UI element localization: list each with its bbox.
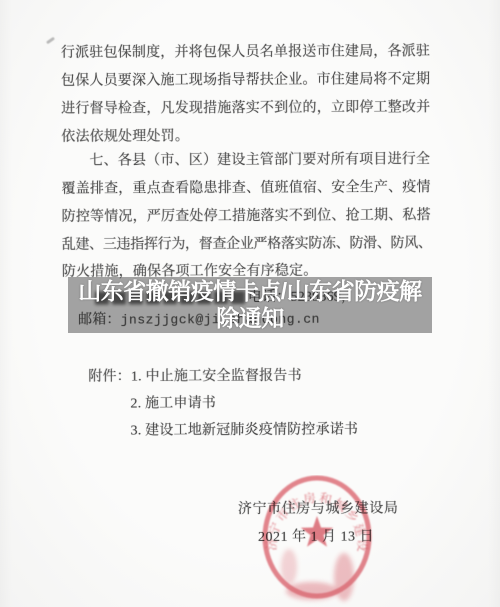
scanned-document-page: 行派驻包保制度，并将包保人员名单报送市住建局，各派驻 包保人员要深入施工现场指导… <box>0 0 500 607</box>
caption-banner-overlay: 山东省撤销疫情卡点/山东省防疫解 除通知 <box>68 277 432 333</box>
seal-text: 济宁市住房和城乡建设局 <box>260 475 369 554</box>
attachments-label: 附件： <box>88 370 131 385</box>
attachment-item: 3. 建设工地新冠肺炎疫情防控承诺书 <box>131 422 359 440</box>
body-line: 乱建、三违指挥行为，督查企业严格落实防冻、防滑、防风、 <box>62 235 432 254</box>
svg-text:济宁市住房和城乡建设局: 济宁市住房和城乡建设局 <box>260 475 369 554</box>
attachment-item: 1. 中止施工安全监督报告书 <box>131 369 302 385</box>
body-line: 防控等情况，严厉查处停工措施落实不到位、抢工期、私搭 <box>62 207 431 226</box>
attachment-item: 2. 施工申请书 <box>130 395 216 412</box>
official-red-seal: 济宁市住房和城乡建设局 <box>260 475 374 607</box>
caption-line-1: 山东省撤销疫情卡点/山东省防疫解 <box>78 278 421 305</box>
seal-star-icon <box>301 516 333 547</box>
body-line: 行派驻包保制度，并将包保人员名单报送市住建局，各派驻 <box>61 43 430 62</box>
attachments-line: 附件：1. 中止施工安全监督报告书 <box>88 368 301 386</box>
caption-line-2: 除通知 <box>216 305 284 332</box>
body-line: 七、各县（市、区）建设主管部门要对所有项目进行全 <box>89 151 430 169</box>
body-line: 依法依规处理处罚。 <box>61 128 189 146</box>
body-line: 覆盖排查，重点查看隐患排查、值班值宿、安全生产、疫情 <box>61 179 430 198</box>
body-line: 包保人员要深入施工现场指导帮扶企业。市住建局将不定期 <box>61 71 430 90</box>
body-line: 进行督导检查，凡发现措施落实不到位的，立即停工整改并 <box>61 99 430 118</box>
